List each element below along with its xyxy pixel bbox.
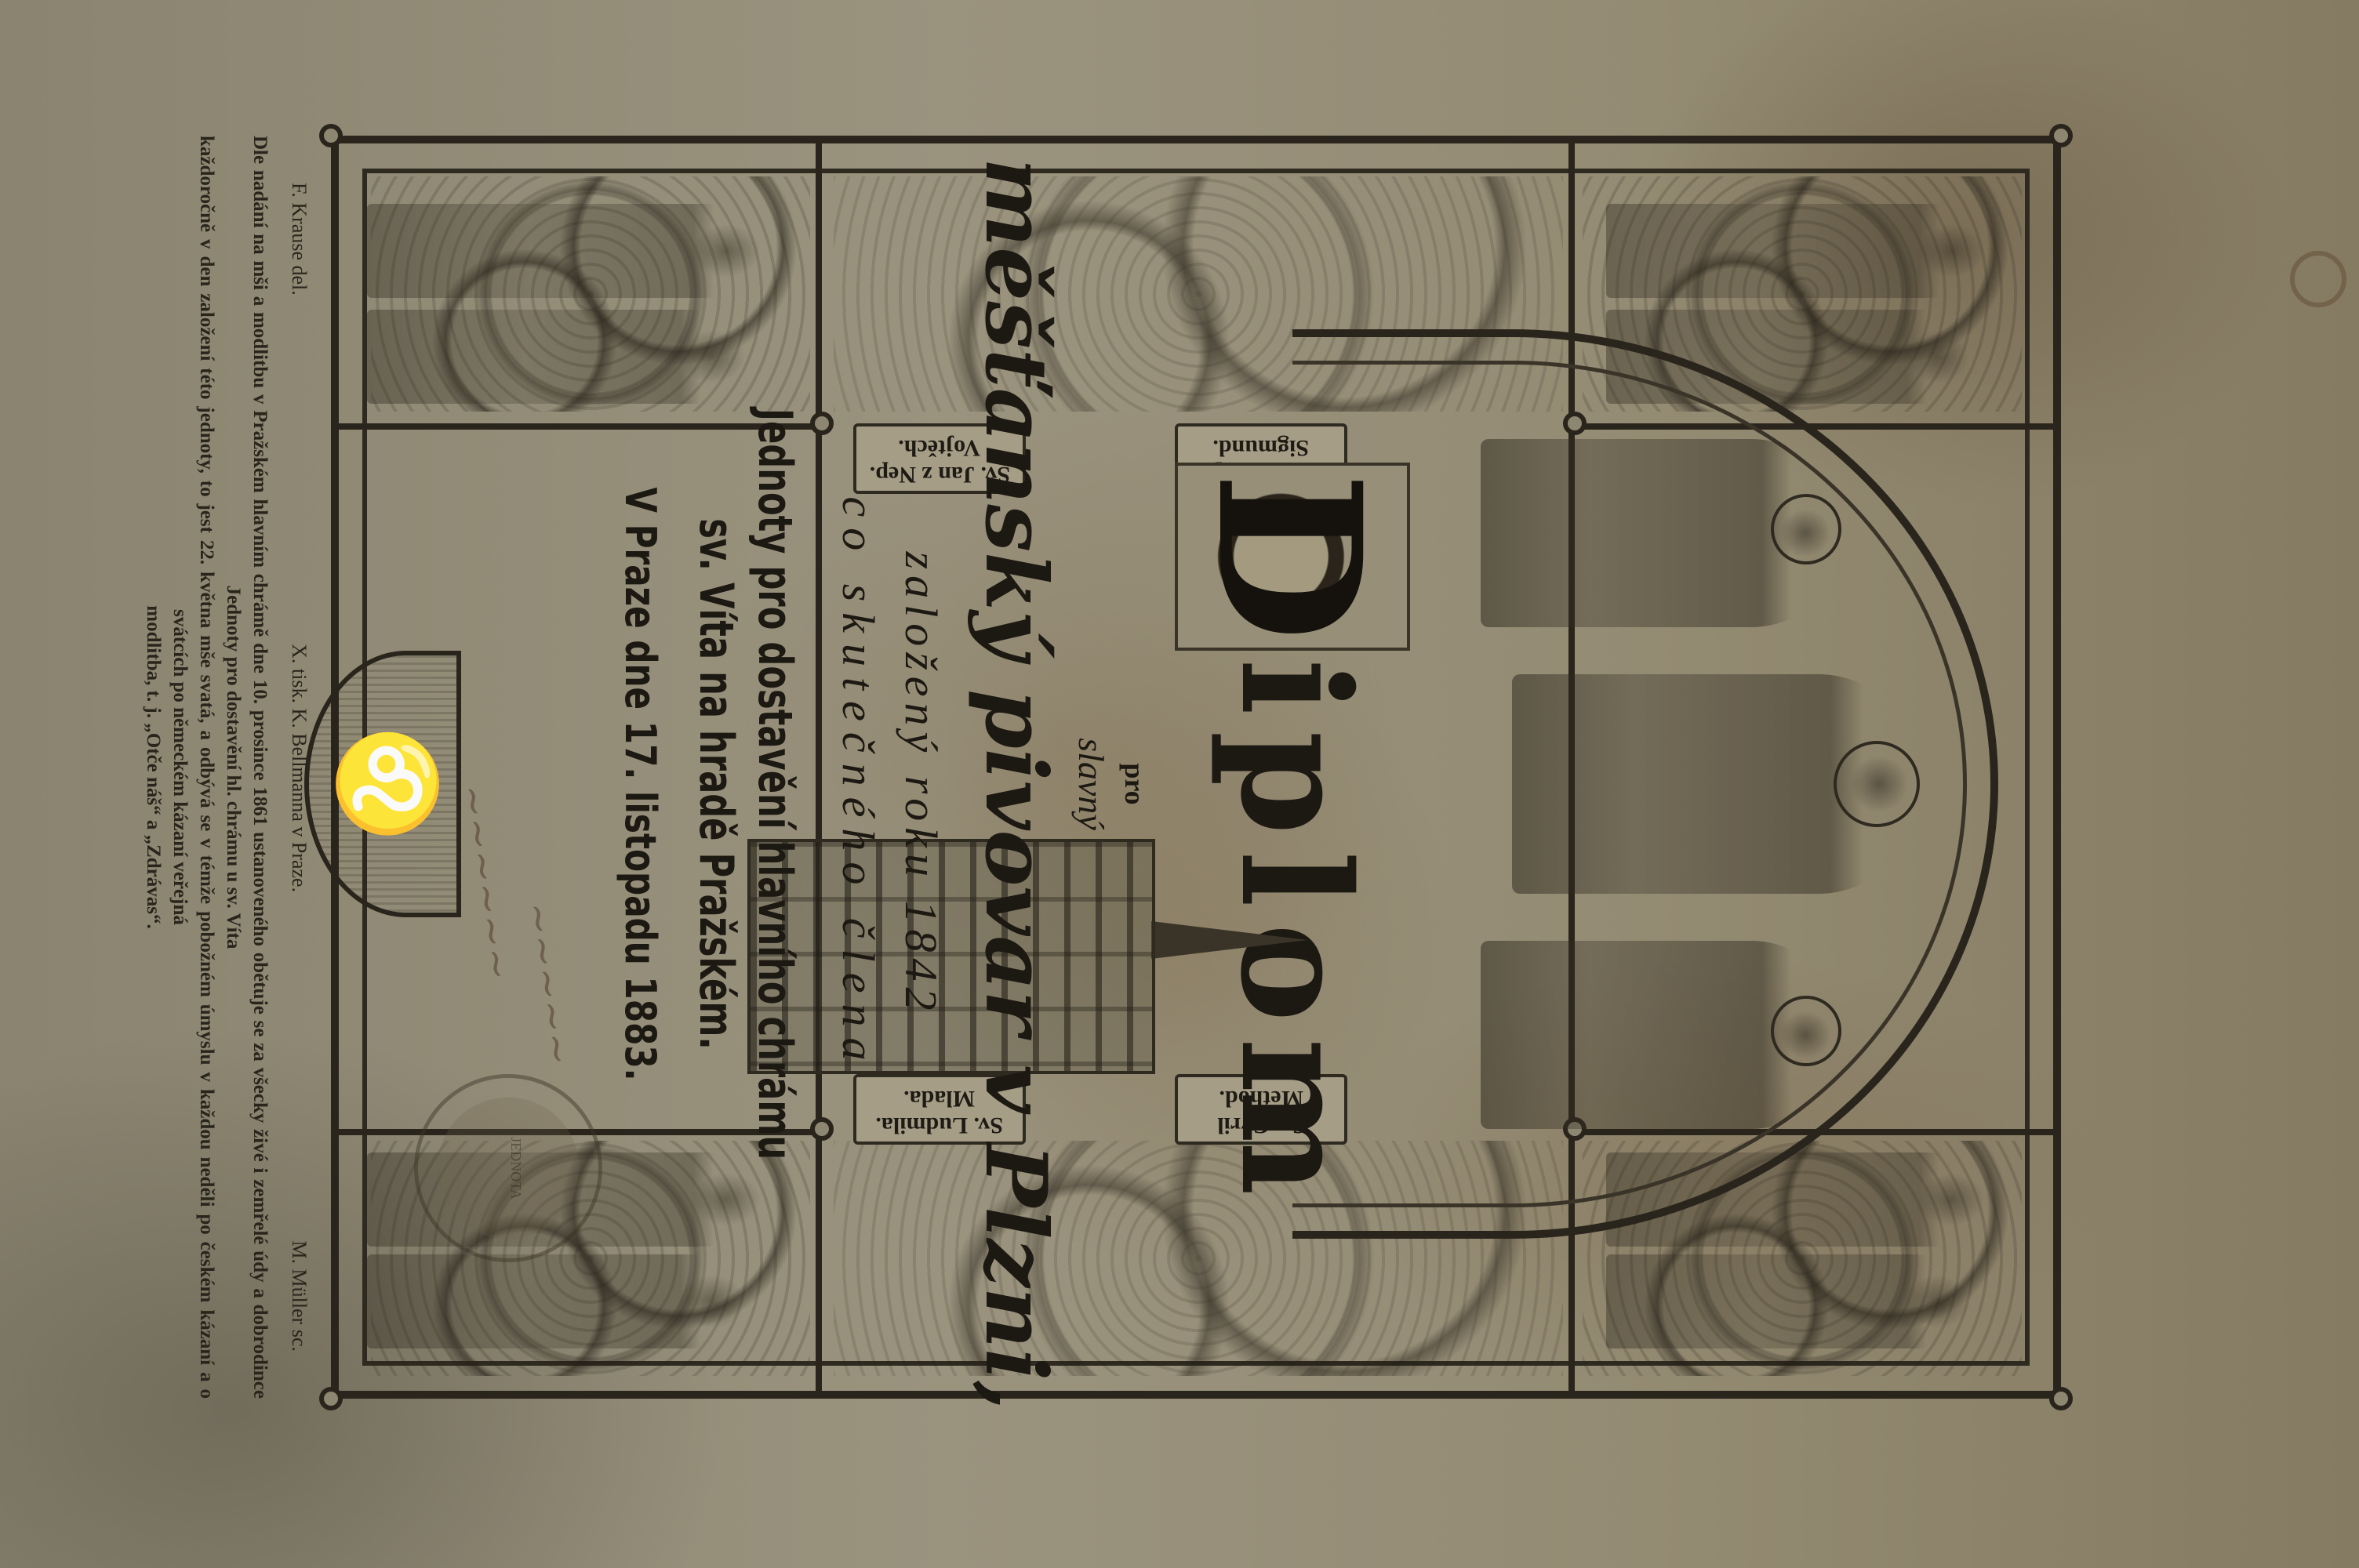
photograph-background: Sv. Prokop. Sigmund. Sv. Cyril Method. S… <box>0 0 2359 1568</box>
frame-knob <box>810 412 834 435</box>
cathedral-spire <box>1151 921 1308 959</box>
credit-draftsman: F. Krause del. <box>287 183 311 296</box>
seal-text: JEDNOTA <box>507 1074 524 1262</box>
recipient-name: měšťanský pivovar v Plzni, <box>966 0 1065 1568</box>
text-slavny: slavný <box>1070 0 1112 1568</box>
saint-figure <box>1606 204 1998 298</box>
credit-engraver: M. Müller sc. <box>287 1240 311 1352</box>
footnote-line-2: každoročně v den založení této jednoty, … <box>166 136 220 1399</box>
diploma-page: Sv. Prokop. Sigmund. Sv. Cyril Method. S… <box>0 0 2359 1568</box>
initial-letter: D <box>1178 466 1407 648</box>
halo <box>1834 741 1920 827</box>
engraver-credits: F. Krause del. X. tisk. K. Bellmanna v P… <box>287 136 311 1399</box>
saint-figure <box>1606 1254 1983 1348</box>
frame-knob <box>810 1117 834 1141</box>
halo <box>1771 996 1841 1066</box>
founded-line: založený roku 1842 <box>895 0 947 1568</box>
frame-rail <box>816 136 822 1399</box>
frame-knob <box>319 1387 343 1410</box>
footnote-line-3: modlitba, t. j. „Otče náš“ a „Zdrávas“. <box>140 136 166 1399</box>
society-line-2: sv. Víta na hradě Pražském. <box>689 220 743 1348</box>
footnote-line-1: Dle nadání na mši a modlitbu v Pražském … <box>220 136 273 1399</box>
bohemian-lion-icon: ♌ <box>320 651 453 917</box>
date-line: V Praze dne 17. listopadu 1883. <box>616 172 665 1396</box>
frame-knob <box>2049 124 2073 147</box>
text-pro: pro <box>1118 0 1151 1568</box>
footnote: Dle nadání na mši a modlitbu v Pražském … <box>140 136 273 1399</box>
decorated-initial: D <box>1175 463 1410 651</box>
credit-printer: X. tisk. K. Bellmanna v Praze. <box>287 644 311 892</box>
frame-knob <box>2049 1387 2073 1410</box>
frame-knob <box>319 124 343 147</box>
society-line-1: Jednoty pro dostavění hlavního chrámu <box>747 220 802 1348</box>
membership-line: co skutečného člena <box>832 0 885 1568</box>
halo <box>1771 494 1841 564</box>
